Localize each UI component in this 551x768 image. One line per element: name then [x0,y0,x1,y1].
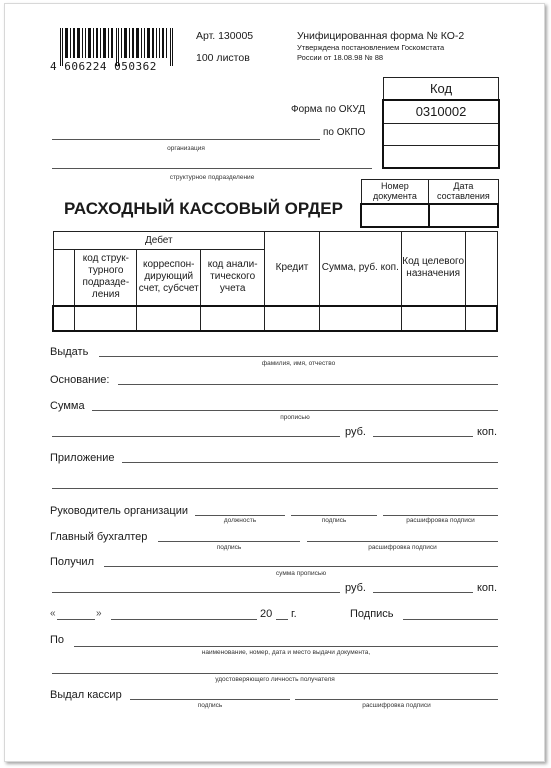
id-document-field-2[interactable] [52,673,498,674]
code-header: Код [383,77,499,99]
table-cell[interactable] [75,306,137,331]
table-cell[interactable] [319,306,401,331]
head-signature-caption: подпись [291,517,377,524]
table-cell[interactable] [53,306,75,331]
received-words-field[interactable] [104,566,498,567]
number-header: Номер документа [361,180,429,204]
basis-label: Основание: [50,374,109,386]
analytic-code-header: код анали-тического учета [201,250,265,306]
okud-label: Форма по ОКУД [291,104,365,115]
document-title: РАСХОДНЫЙ КАССОВЫЙ ОРДЕР [64,199,343,219]
issue-field[interactable] [99,356,498,357]
basis-field[interactable] [118,384,498,385]
credit-header: Кредит [265,232,320,306]
cashier-signature-field[interactable] [130,699,290,700]
subdivision-field[interactable] [52,168,372,169]
received-rub-label: руб. [345,582,366,594]
receiver-signature-field[interactable] [403,619,498,620]
cashier-signature-caption: подпись [130,702,290,709]
date-close-quote: » [96,608,102,619]
issue-caption: фамилия, имя, отчество [99,360,498,367]
okpo-label: по ОКПО [323,127,365,138]
table-row [53,306,497,331]
year-field[interactable] [276,619,288,620]
year-suffix: г. [291,608,297,620]
sum-label: Сумма [50,400,85,412]
month-field[interactable] [111,619,257,620]
by-label: По [50,634,64,646]
sum-kop-field[interactable] [373,436,473,437]
head-signature-field[interactable] [291,515,377,516]
form-title: Унифицированная форма № КО-2 [297,30,464,42]
id-document-caption-2: удостоверяющего личность получателя [52,676,498,683]
received-rub-field[interactable] [52,592,340,593]
sum-words-field[interactable] [92,410,498,411]
attachment-label: Приложение [50,452,115,464]
cashier-decoding-field[interactable] [295,699,498,700]
barcode-number: 4 606224 050362 [50,60,157,73]
received-kop-field[interactable] [373,592,473,593]
kop-label: коп. [477,426,497,438]
okud-code[interactable]: 0310002 [384,101,498,124]
table-cell[interactable] [265,306,320,331]
code-box: 0310002 [382,99,500,169]
cashier-decoding-caption: расшифровка подписи [295,702,498,709]
head-decoding-field[interactable] [383,515,498,516]
debit-header: Дебет [53,232,265,250]
organization-caption: организация [52,145,320,152]
accountant-signature-caption: подпись [158,544,300,551]
table-cell[interactable] [465,306,497,331]
okpo-code[interactable] [384,124,498,146]
received-kop-label: коп. [477,582,497,594]
correspondent-account-header: корреспон-дирующий счет, субсчет [137,250,201,306]
head-decoding-caption: расшифровка подписи [383,517,498,524]
blank-header [465,232,497,306]
extra-code[interactable] [384,146,498,167]
attachment-field[interactable] [122,462,498,463]
accountant-signature-field[interactable] [158,541,300,542]
sum-header: Сумма, руб. коп. [319,232,401,306]
id-document-field[interactable] [74,646,498,647]
rub-label: руб. [345,426,366,438]
chief-accountant-label: Главный бухгалтер [50,531,147,543]
document-number-field[interactable] [361,204,429,227]
approved-line-1: Утверждена постановлением Госкомстата [297,43,444,52]
cashier-label: Выдал кассир [50,689,122,701]
head-label: Руководитель организации [50,505,188,517]
year-prefix: 20 [260,608,272,620]
position-caption: должность [195,517,285,524]
subdivision-code-header: код струк-турного подразде-ления [75,250,137,306]
purpose-code-header: Код целевого назначения [401,232,465,306]
date-header: Дата составления [429,180,498,204]
day-field[interactable] [57,619,95,620]
table-cell[interactable] [201,306,265,331]
id-document-caption: наименование, номер, дата и место выдачи… [74,649,498,656]
attachment-field-2[interactable] [52,488,498,489]
document-number-date-box: Номер документа Дата составления [360,179,499,228]
accounting-table: Дебет Кредит Сумма, руб. коп. Код целево… [52,231,498,332]
approved-line-2: России от 18.08.98 № 88 [297,53,383,62]
table-cell[interactable] [137,306,201,331]
document-date-field[interactable] [429,204,498,227]
accountant-decoding-caption: расшифровка подписи [307,544,498,551]
accountant-decoding-field[interactable] [307,541,498,542]
sum-caption: прописью [92,414,498,421]
sum-rub-field[interactable] [52,436,340,437]
received-label: Получил [50,556,94,568]
blank-debit-header [53,250,75,306]
table-cell[interactable] [401,306,465,331]
sheet-count: 100 листов [196,52,250,64]
organization-field[interactable] [52,139,320,140]
article-number: Арт. 130005 [196,30,253,42]
issue-label: Выдать [50,346,88,358]
date-open-quote: « [50,608,56,619]
received-caption: сумма прописью [104,570,498,577]
subdivision-caption: структурное подразделение [52,174,372,181]
signature-label: Подпись [350,608,394,620]
head-position-field[interactable] [195,515,285,516]
